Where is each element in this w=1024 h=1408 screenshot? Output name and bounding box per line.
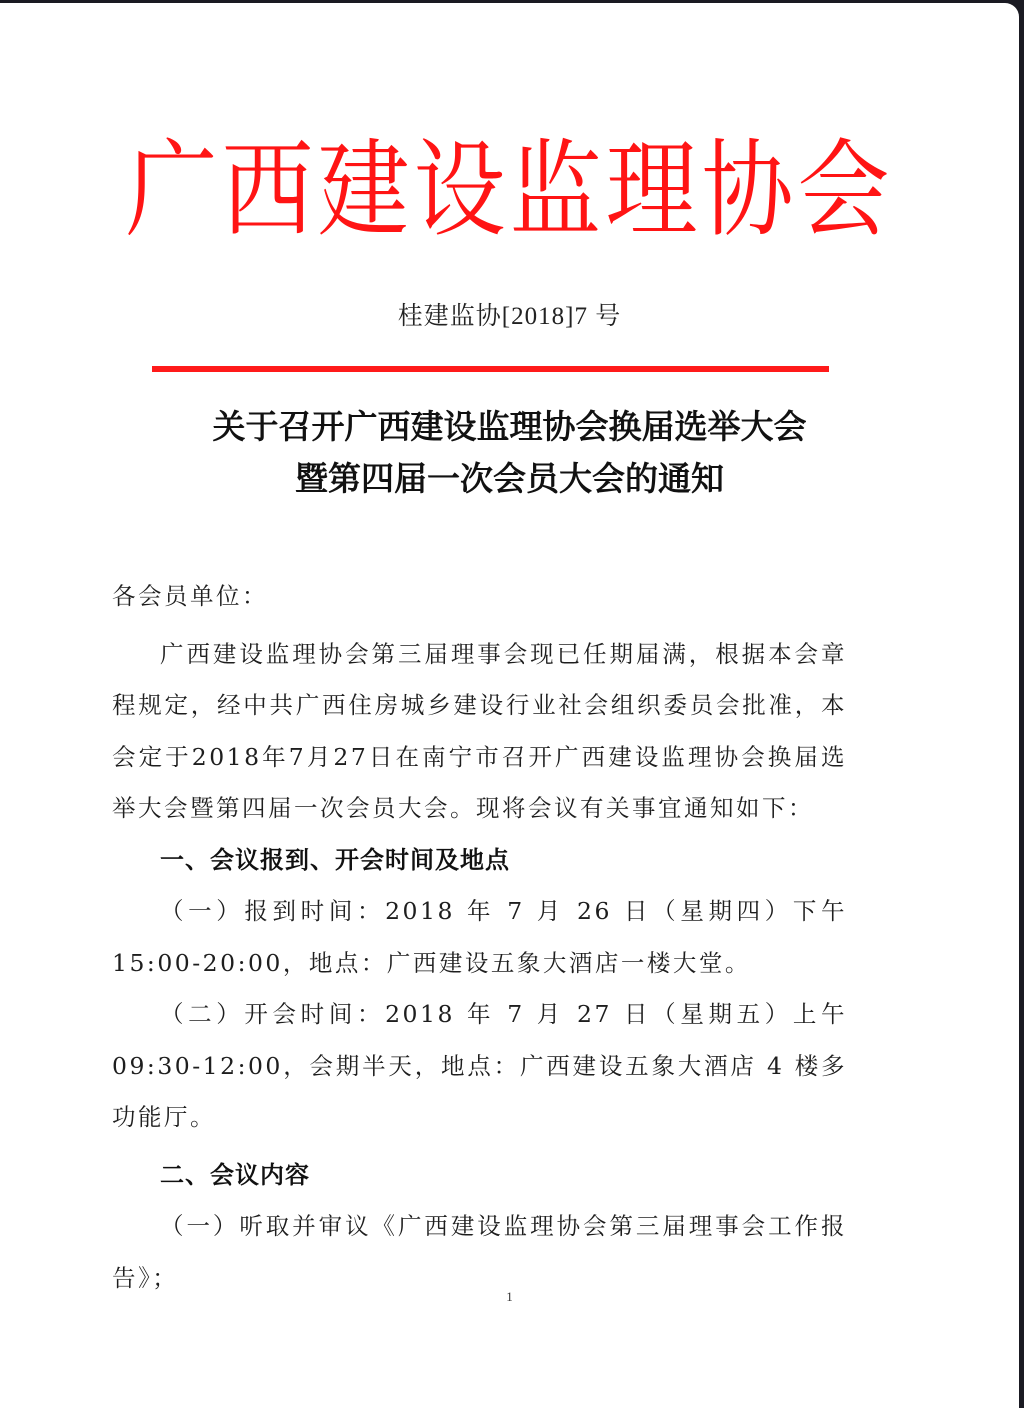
section-2-heading: 二、会议内容 <box>112 1150 847 1202</box>
letterhead-org-name: 广西建设监理协会 <box>0 122 1019 260</box>
section-1-item-2: （二）开会时间：2018 年 7 月 27 日（星期五）上午09:30-12:0… <box>112 989 847 1144</box>
title-line-2: 暨第四届一次会员大会的通知 <box>0 453 1019 505</box>
red-rule-divider <box>152 366 829 372</box>
title-line-1: 关于召开广西建设监理协会换届选举大会 <box>0 401 1019 453</box>
section-1-heading: 一、会议报到、开会时间及地点 <box>112 835 847 887</box>
intro-paragraph: 广西建设监理协会第三届理事会现已任期届满，根据本会章程规定，经中共广西住房城乡建… <box>112 629 847 835</box>
document-title: 关于召开广西建设监理协会换届选举大会 暨第四届一次会员大会的通知 <box>0 401 1019 505</box>
document-number: 桂建监协[2018]7 号 <box>0 296 1019 332</box>
document-page: 广西建设监理协会 桂建监协[2018]7 号 关于召开广西建设监理协会换届选举大… <box>0 3 1019 1408</box>
document-body: 各会员单位： 广西建设监理协会第三届理事会现已任期届满，根据本会章程规定，经中共… <box>112 571 847 1304</box>
salutation: 各会员单位： <box>112 571 847 623</box>
section-1-item-1: （一）报到时间：2018 年 7 月 26 日（星期四）下午15:00-20:0… <box>112 886 847 989</box>
page-number: 1 <box>0 1289 1019 1305</box>
